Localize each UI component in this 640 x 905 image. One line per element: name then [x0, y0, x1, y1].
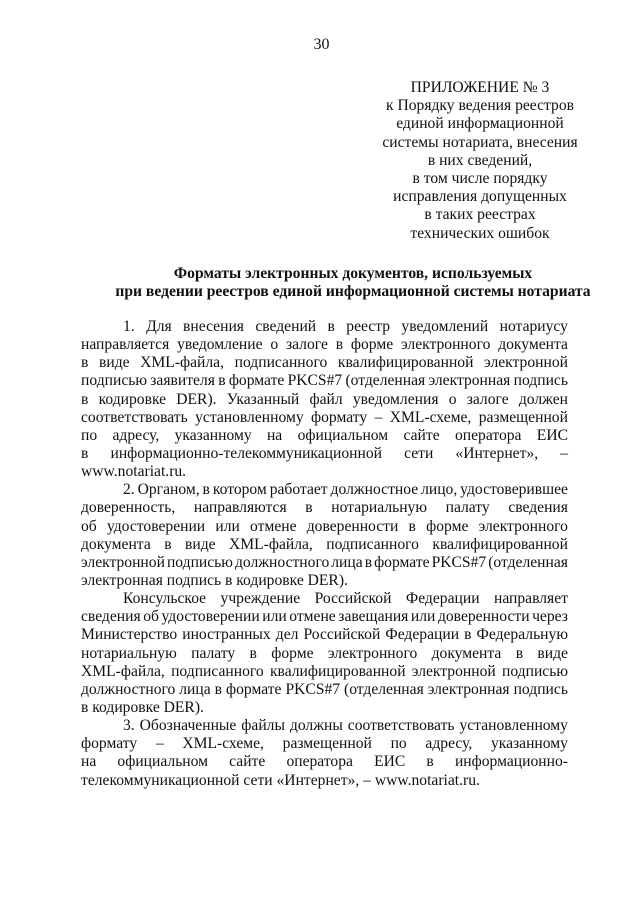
word: форме [271, 645, 313, 663]
word: электронного [479, 518, 568, 536]
word: форме [426, 518, 468, 536]
word: палату [446, 499, 490, 517]
text-line: соответствоватьустановленномуформату–XML… [81, 409, 568, 427]
text-line: винформационно-телекоммуникационнойсети«… [81, 445, 568, 463]
word: информационно- [455, 753, 568, 771]
paragraph-4: 3.Обозначенныефайлыдолжнысоответствовать… [81, 717, 568, 790]
appendix-header: ПРИЛОЖЕНИЕ № 3 к Порядку ведения реестро… [370, 79, 590, 243]
word: нотариальную [81, 645, 177, 663]
word: о [449, 391, 457, 409]
word: в [215, 681, 222, 699]
word: палату [191, 645, 235, 663]
word: электронная [428, 681, 510, 699]
text-line: 3.Обозначенныефайлыдолжнысоответствовать… [81, 717, 568, 735]
text-line: направляетсяуведомлениеозалогевформеэлек… [81, 336, 568, 354]
word: формате [226, 681, 281, 699]
text-line: нотариальнуюпалатувформеэлектронногодоку… [81, 645, 568, 663]
word: в [305, 499, 312, 517]
document-title-line: при ведении реестров единой информационн… [60, 283, 640, 301]
word: или [411, 608, 435, 626]
word: электронная [428, 372, 510, 390]
word: удостоверении [161, 608, 259, 626]
document-title: Форматы электронных документов, использу… [60, 265, 640, 301]
text-line: МинистерствоиностранныхделРоссийскойФеде… [81, 626, 568, 644]
word: доверенности [307, 518, 399, 536]
appendix-line: единой информационной [370, 115, 590, 133]
word: квалифицированной [338, 354, 474, 372]
word: доверенности [438, 608, 530, 626]
word: файл [309, 391, 342, 409]
word: – [156, 735, 164, 753]
word: документа [432, 645, 502, 663]
word: электронной [484, 354, 568, 372]
word: доверенность, [81, 499, 175, 517]
word: оператора [286, 753, 353, 771]
word: квалифицированной [270, 663, 406, 681]
word: XML-файла, [81, 663, 165, 681]
word: электронного [401, 336, 490, 354]
word: адресу, [112, 427, 159, 445]
word: Российской [315, 590, 392, 608]
word: 2. [123, 481, 135, 499]
word: PKCS#7 [432, 554, 487, 572]
word: ЕИС [537, 427, 568, 445]
word: в [250, 645, 257, 663]
word: нотариусу [500, 318, 568, 336]
word: должен [519, 391, 568, 409]
word: Федерации [406, 590, 480, 608]
word: Федерации [385, 626, 459, 644]
word: документа [81, 536, 151, 554]
text-line: формату–XML-схеме,размещеннойпоадресу,ук… [81, 735, 568, 753]
word: иностранных [182, 626, 270, 644]
word: «Интернет», [455, 445, 538, 463]
word: завещания [338, 608, 408, 626]
text-line: электронная подпись в кодировке DER). [81, 572, 568, 590]
word: отмене [250, 518, 296, 536]
appendix-line: в них сведений, [370, 152, 590, 170]
word: нотариальную [331, 499, 427, 517]
word: в [203, 481, 210, 499]
word: формату [311, 409, 367, 427]
document-title-line: Форматы электронных документов, использу… [60, 265, 640, 283]
word: отмене [289, 608, 335, 626]
word: заявителя [150, 372, 215, 390]
paragraph-1: 1.Длявнесениясведенийврееструведомленийн… [81, 318, 568, 481]
word: установленному [459, 717, 568, 735]
paragraph-3: КонсульскоеучреждениеРоссийскойФедерации… [81, 590, 568, 717]
word: уведомлений [401, 318, 488, 336]
word: размещенной [283, 735, 372, 753]
word: формате [374, 554, 429, 572]
word: залоге [467, 391, 509, 409]
appendix-line: в том числе порядку [370, 170, 590, 188]
word: сведения [508, 499, 568, 517]
word: реестр [346, 318, 390, 336]
word: в [336, 336, 343, 354]
word: форме [351, 336, 393, 354]
word: в [81, 445, 88, 463]
word: по [391, 735, 407, 753]
word: формате [229, 372, 284, 390]
appendix-line: в таких реестрах [370, 206, 590, 224]
word: Федеральную [477, 626, 568, 644]
word: направляется [81, 336, 169, 354]
word: Российской [303, 626, 380, 644]
word: квалифицированной [432, 536, 568, 554]
word: на [267, 427, 282, 445]
word: в [81, 354, 88, 372]
word: внесения [183, 318, 244, 336]
word: залоге [286, 336, 328, 354]
word: размещенной [479, 409, 568, 427]
word: должностное [331, 481, 419, 499]
word: Консульское [123, 590, 206, 608]
word: направляются [194, 499, 287, 517]
word: – [375, 409, 383, 427]
word: кодировке [99, 391, 166, 409]
appendix-line: системы нотариата, внесения [370, 134, 590, 152]
word: по [81, 427, 97, 445]
word: 1. [123, 318, 135, 336]
text-line: вкодировкеDER).Указанныйфайлуведомленияо… [81, 391, 568, 409]
word: установленному [195, 409, 304, 427]
word: ЕИС [374, 753, 405, 771]
word: об [143, 608, 159, 626]
word: работает [270, 481, 328, 499]
word: об [81, 518, 97, 536]
text-line: электроннойподписьюдолжностноголицавформ… [81, 554, 568, 572]
word: в [426, 753, 433, 771]
word: соответствовать [81, 409, 188, 427]
word: сведений [255, 318, 316, 336]
word: XML-файла, [229, 536, 313, 554]
word: в [409, 518, 416, 536]
word: лицо, [421, 481, 457, 499]
word: сайте [229, 753, 265, 771]
word: дел [276, 626, 299, 644]
word: подпись [514, 372, 568, 390]
word: электронной [81, 554, 165, 572]
word: на [81, 753, 96, 771]
appendix-line: исправления допущенных [370, 188, 590, 206]
word: должностного [235, 554, 329, 572]
word: о [270, 336, 278, 354]
text-line: ввидеXML-файла,подписанногоквалифицирова… [81, 354, 568, 372]
word: Органом, [138, 481, 200, 499]
text-line: в кодировке DER). [81, 699, 568, 717]
word: XML-схеме, [182, 735, 264, 753]
word: электронной [412, 663, 496, 681]
word: или [262, 608, 286, 626]
text-line: сведенияобудостоверенииилиотменезавещани… [81, 608, 568, 626]
word: через [532, 608, 568, 626]
text-line: www.notariat.ru. [81, 463, 568, 481]
text-line: телекоммуникационной сети «Интернет», – … [81, 772, 568, 790]
text-line: документаввидеXML-файла,подписанногоквал… [81, 536, 568, 554]
word: направляет [494, 590, 568, 608]
word: уведомление [177, 336, 262, 354]
word: информационно-телекоммуникационной [110, 445, 382, 463]
word: официальном [117, 753, 208, 771]
word: или [215, 518, 239, 536]
word: виде [537, 645, 568, 663]
word: подпись [514, 681, 568, 699]
word: – [560, 445, 568, 463]
appendix-line: технических ошибок [370, 225, 590, 243]
word: (отделенная [488, 554, 568, 572]
word: сети [404, 445, 433, 463]
word: соответствовать [348, 717, 455, 735]
word: лица [331, 554, 362, 572]
word: указанному [175, 427, 252, 445]
word: документа [498, 336, 568, 354]
word: оператора [455, 427, 522, 445]
word: в [218, 372, 225, 390]
word: в [164, 536, 171, 554]
word: файлы [241, 717, 285, 735]
word: подписанного [171, 663, 264, 681]
text-line: КонсульскоеучреждениеРоссийскойФедерации… [81, 590, 568, 608]
word: в [464, 626, 471, 644]
word: удостоверении [107, 518, 205, 536]
word: должны [290, 717, 343, 735]
word: сайте [404, 427, 440, 445]
text-line: наофициальномсайтеоператораЕИСвинформаци… [81, 753, 568, 771]
word: Министерство [81, 626, 177, 644]
word: указанному [491, 735, 568, 753]
document-body: 1.Длявнесениясведенийврееструведомленийн… [81, 318, 568, 790]
word: подписанного [326, 536, 419, 554]
word: адресу, [425, 735, 472, 753]
word: Указанный [227, 391, 300, 409]
word: сведения [81, 608, 141, 626]
appendix-title: ПРИЛОЖЕНИЕ № 3 [370, 79, 590, 97]
word: PKCS#7 [285, 681, 340, 699]
word: должностного [81, 681, 175, 699]
word: формату [81, 735, 137, 753]
word: DER). [176, 391, 216, 409]
word: электронного [328, 645, 417, 663]
word: котором [213, 481, 267, 499]
word: официальном [298, 427, 389, 445]
text-line: подписьюзаявителявформатеPKCS#7(отделенн… [81, 372, 568, 390]
word: (отделенная [344, 681, 424, 699]
word: XML-схеме, [390, 409, 472, 427]
text-line: должностноголицавформатеPKCS#7(отделенна… [81, 681, 568, 699]
word: Для [146, 318, 172, 336]
word: в [328, 318, 335, 336]
word: виде [99, 354, 130, 372]
appendix-line: к Порядку ведения реестров [370, 97, 590, 115]
word: удостоверившее [460, 481, 568, 499]
word: Обозначенные [140, 717, 237, 735]
word: учреждение [221, 590, 301, 608]
text-line: обудостоверенииилиотменедоверенностивфор… [81, 518, 568, 536]
word: подписью [81, 372, 147, 390]
word: (отделенная [345, 372, 425, 390]
word: лица [179, 681, 210, 699]
paragraph-2: 2.Органом,вкоторомработаетдолжностноелиц… [81, 481, 568, 590]
word: подписью [502, 663, 568, 681]
word: в [365, 554, 372, 572]
word: XML-файла, [140, 354, 224, 372]
word: в [81, 391, 88, 409]
text-line: 2.Органом,вкоторомработаетдолжностноелиц… [81, 481, 568, 499]
word: 3. [123, 717, 135, 735]
word: подписанного [235, 354, 328, 372]
text-line: XML-файла,подписанногоквалифицированнойэ… [81, 663, 568, 681]
word: уведомления [353, 391, 439, 409]
word: виде [185, 536, 216, 554]
text-line: доверенность,направляютсявнотариальнуюпа… [81, 499, 568, 517]
text-line: поадресу,указанномунаофициальномсайтеопе… [81, 427, 568, 445]
word: PKCS#7 [288, 372, 343, 390]
word: подписью [167, 554, 233, 572]
page-number: 30 [0, 36, 640, 54]
word: в [516, 645, 523, 663]
text-line: 1.Длявнесениясведенийврееструведомленийн… [81, 318, 568, 336]
